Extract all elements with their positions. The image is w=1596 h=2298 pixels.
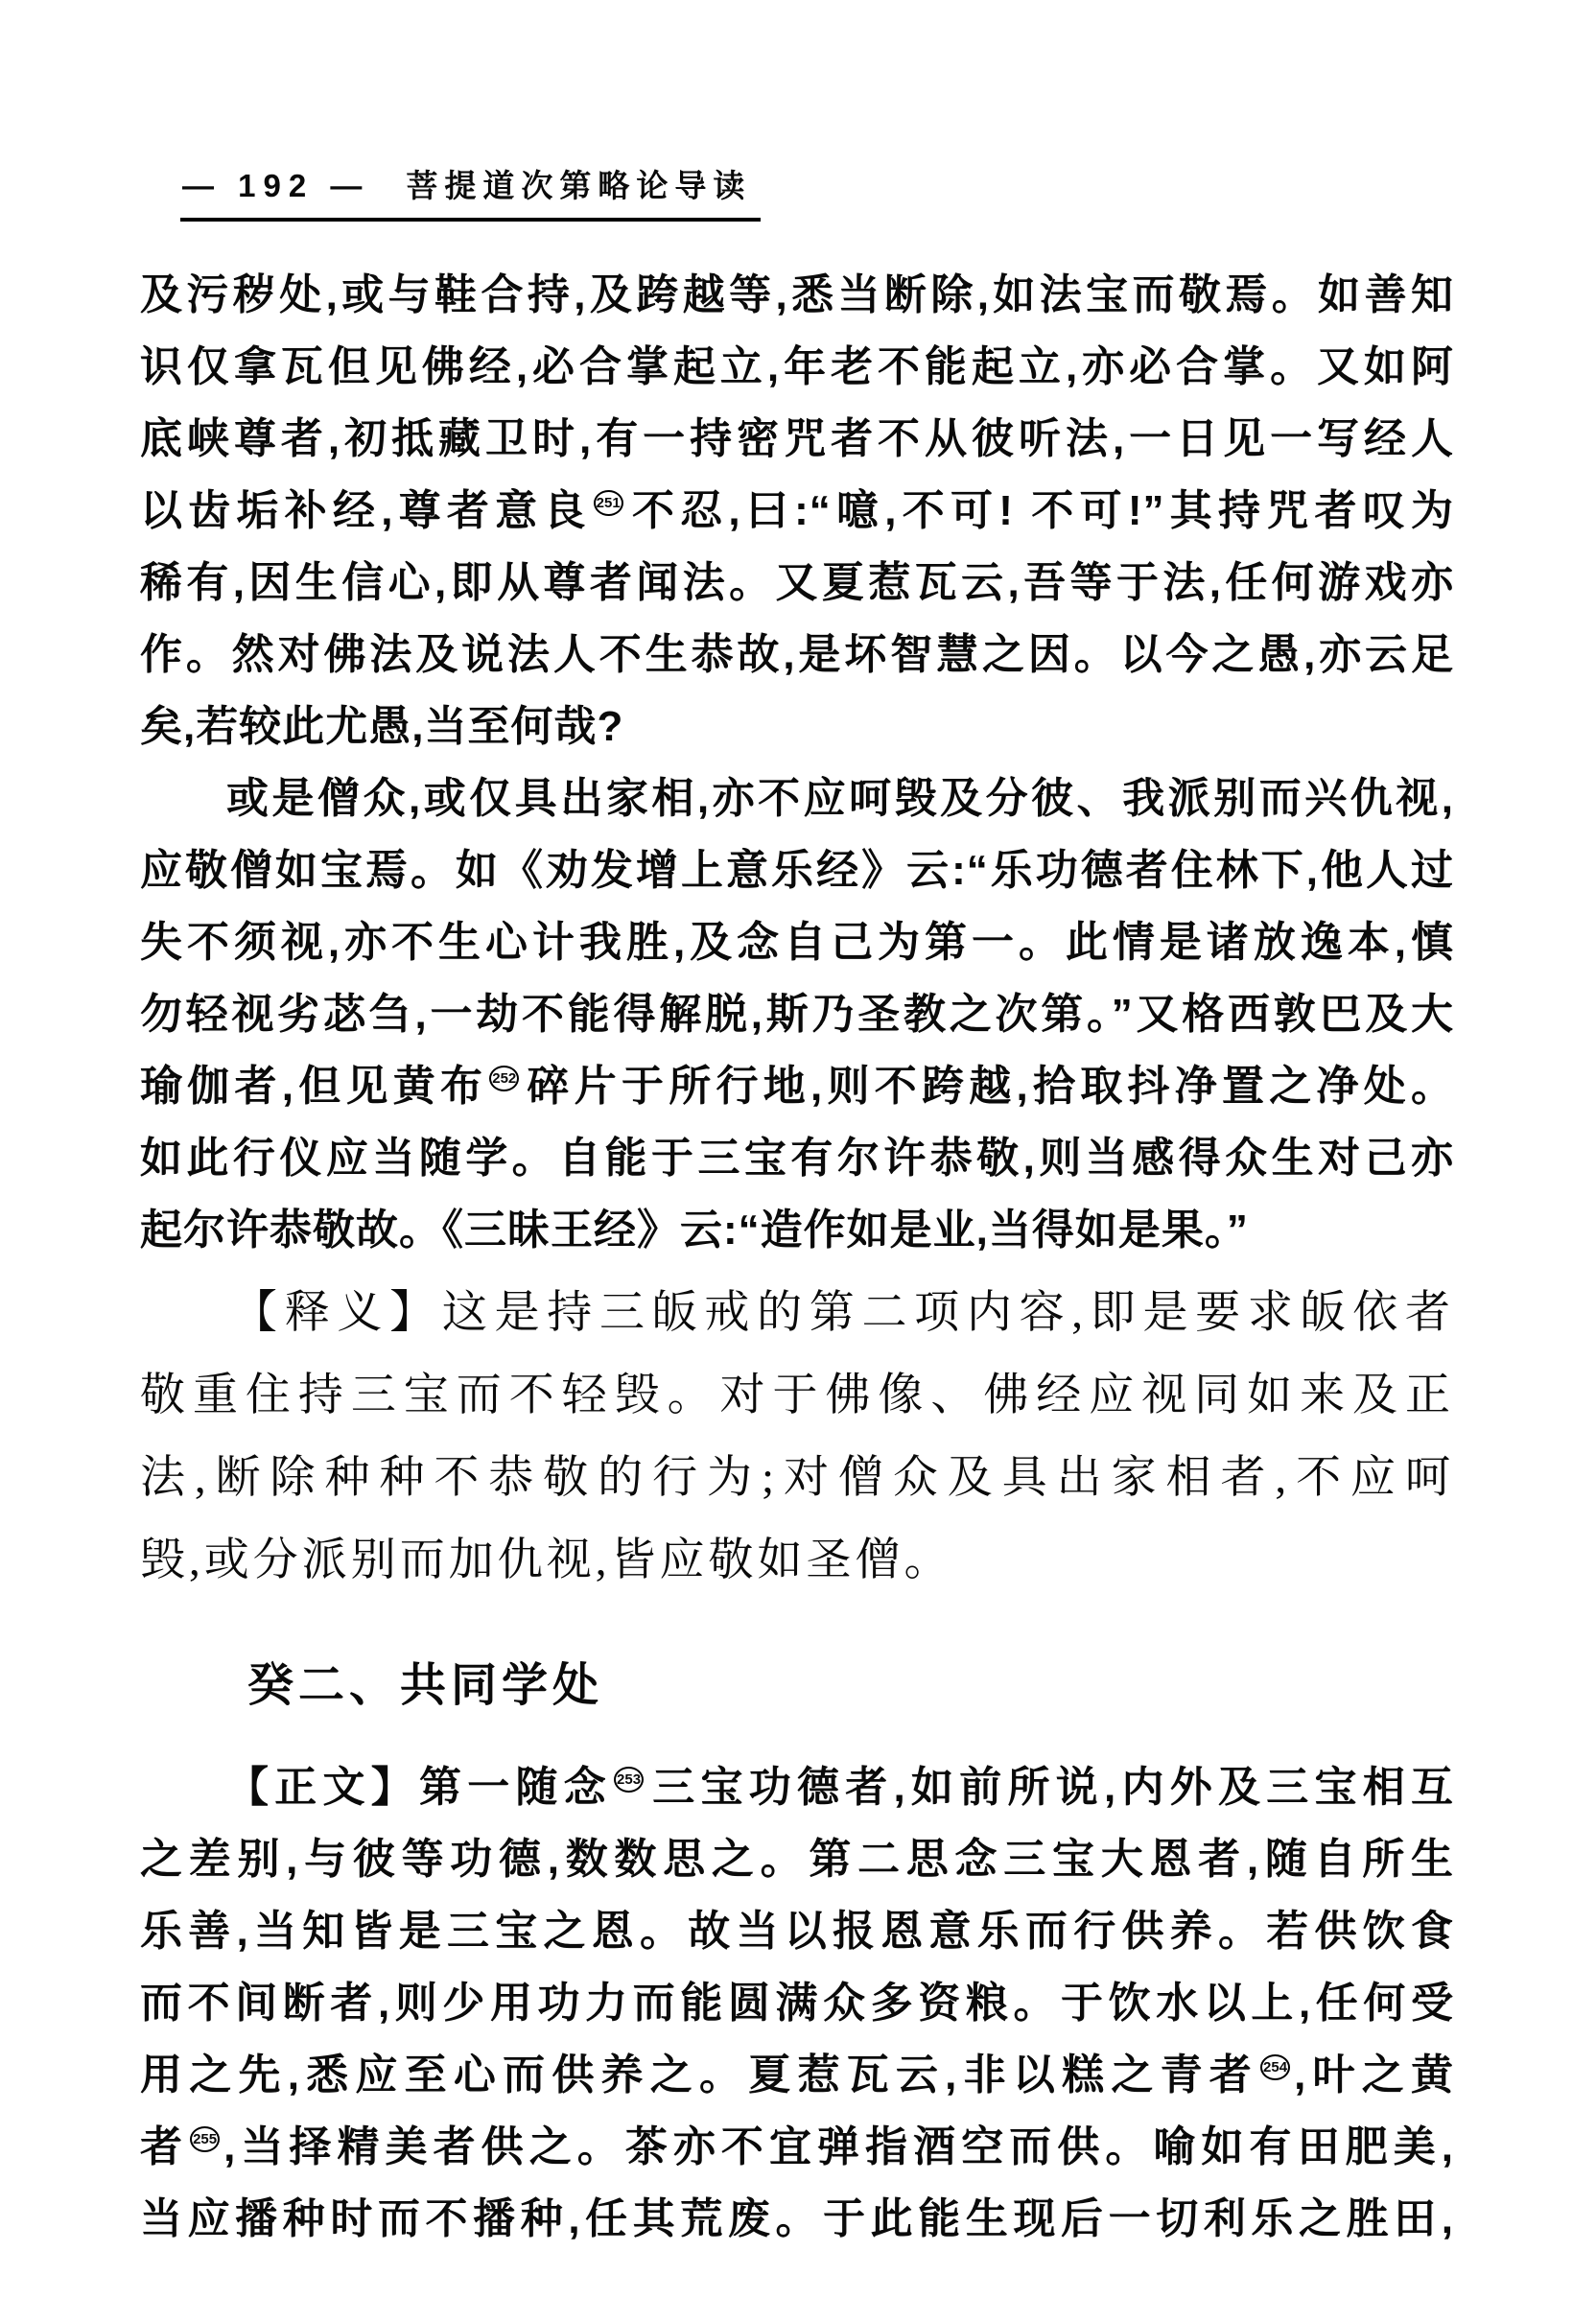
text-line: 毁,或分派别而加仇视,皆应敬如圣僧。	[140, 1519, 1454, 1602]
text-line: 或是僧众,或仅具出家相,亦不应呵毁及分彼、我派别而兴仇视,	[140, 762, 1454, 834]
text-run: 敬重住持三宝而不轻毁。对于佛像、佛经应视同如来及正	[140, 1371, 1454, 1420]
text-run: 三宝功德者,如前所说,内外及三宝相互	[647, 1764, 1454, 1811]
text-line: 应敬僧如宝焉。如《劝发增上意乐经》云:“乐功德者住林下,他人过	[140, 834, 1454, 906]
section-heading: 癸二、共同学处	[247, 1657, 1454, 1715]
text-run: 识仅拿瓦但见佛经,必合掌起立,年老不能起立,亦必合掌。又如阿	[140, 343, 1454, 390]
text-line: 者255,当择精美者供之。茶亦不宜弹指酒空而供。喻如有田肥美,	[140, 2111, 1454, 2183]
text-line: 识仅拿瓦但见佛经,必合掌起立,年老不能起立,亦必合掌。又如阿	[140, 331, 1454, 403]
text-run: 毁,或分派别而加仇视,皆应敬如圣僧。	[140, 1536, 953, 1585]
text-run: 法,断除种种不恭敬的行为;对僧众及具出家相者,不应呵	[140, 1453, 1454, 1503]
text-line: 矣,若较此尤愚,当至何哉?	[140, 691, 1454, 762]
text-run: 不忍,曰:“噫,不可! 不可!”其持咒者叹为	[627, 487, 1454, 534]
text-run: 失不须视,亦不生心计我胜,及念自己为第一。此情是诸放逸本,慎	[140, 919, 1454, 966]
text-run: 【释义】这是持三皈戒的第二项内容,即是要求皈依者	[232, 1288, 1454, 1338]
text-run: 乐善,当知皆是三宝之恩。故当以报恩意乐而行供养。若供饮食	[140, 1908, 1454, 1955]
text-run: ,当择精美者供之。茶亦不宜弹指酒空而供。喻如有田肥美,	[223, 2123, 1454, 2170]
text-line: 瑜伽者,但见黄布252碎片于所行地,则不跨越,拾取抖净置之净处。	[140, 1050, 1454, 1122]
text-run: 者	[140, 2123, 188, 2170]
text-run: 【正文】第一随念	[226, 1764, 612, 1811]
footnote-ref: 251	[594, 490, 623, 516]
text-run: 及污秽处,或与鞋合持,及跨越等,悉当断除,如法宝而敬焉。如善知	[140, 271, 1454, 318]
paragraph: 或是僧众,或仅具出家相,亦不应呵毁及分彼、我派别而兴仇视,应敬僧如宝焉。如《劝发…	[140, 762, 1454, 1266]
text-line: 乐善,当知皆是三宝之恩。故当以报恩意乐而行供养。若供饮食	[140, 1895, 1454, 1967]
footnote-ref: 254	[1260, 2054, 1290, 2080]
text-line: 当应播种时而不播种,任其荒废。于此能生现后一切利乐之胜田,	[140, 2183, 1454, 2255]
running-header: — 192 —菩提道次第略论导读	[180, 161, 761, 222]
text-run: 矣,若较此尤愚,当至何哉?	[140, 703, 623, 750]
text-line: 而不间断者,则少用功力而能圆满众多资粮。于饮水以上,任何受	[140, 1967, 1454, 2039]
text-run: 如此行仪应当随学。自能于三宝有尔许恭敬,则当感得众生对己亦	[140, 1135, 1454, 1182]
text-run: 作。然对佛法及说法人不生恭故,是坏智慧之因。以今之愚,亦云足	[140, 631, 1454, 678]
text-run: 勿轻视劣苾刍,一劫不能得解脱,斯乃圣教之次第。”又格西敦巴及大	[140, 991, 1454, 1038]
text-line: 勿轻视劣苾刍,一劫不能得解脱,斯乃圣教之次第。”又格西敦巴及大	[140, 978, 1454, 1050]
text-line: 【正文】第一随念253三宝功德者,如前所说,内外及三宝相互	[140, 1751, 1454, 1823]
page-number: — 192 —	[182, 168, 369, 203]
footnote-ref: 252	[489, 1066, 519, 1091]
book-page-scan: — 192 —菩提道次第略论导读 及污秽处,或与鞋合持,及跨越等,悉当断除,如法…	[0, 0, 1596, 2298]
footnote-ref: 255	[190, 2126, 220, 2152]
text-run: 稀有,因生信心,即从尊者闻法。又夏惹瓦云,吾等于法,任何游戏亦	[140, 559, 1454, 606]
text-line: 失不须视,亦不生心计我胜,及念自己为第一。此情是诸放逸本,慎	[140, 906, 1454, 978]
text-run: 应敬僧如宝焉。如《劝发增上意乐经》云:“乐功德者住林下,他人过	[140, 847, 1454, 894]
paragraph: 【释义】这是持三皈戒的第二项内容,即是要求皈依者敬重住持三宝而不轻毁。对于佛像、…	[140, 1272, 1454, 1602]
paragraph: 及污秽处,或与鞋合持,及跨越等,悉当断除,如法宝而敬焉。如善知识仅拿瓦但见佛经,…	[140, 259, 1454, 762]
text-line: 稀有,因生信心,即从尊者闻法。又夏惹瓦云,吾等于法,任何游戏亦	[140, 547, 1454, 619]
text-run: 起尔许恭敬故。《三昧王经》云:“造作如是业,当得如是果。”	[140, 1207, 1249, 1254]
text-line: 【释义】这是持三皈戒的第二项内容,即是要求皈依者	[140, 1272, 1454, 1354]
text-run: 而不间断者,则少用功力而能圆满众多资粮。于饮水以上,任何受	[140, 1980, 1454, 2027]
paragraph: 【正文】第一随念253三宝功德者,如前所说,内外及三宝相互之差别,与彼等功德,数…	[140, 1751, 1454, 2255]
text-line: 以齿垢补经,尊者意良251不忍,曰:“噫,不可! 不可!”其持咒者叹为	[140, 475, 1454, 547]
text-run: 或是僧众,或仅具出家相,亦不应呵毁及分彼、我派别而兴仇视,	[226, 775, 1454, 822]
text-line: 法,断除种种不恭敬的行为;对僧众及具出家相者,不应呵	[140, 1437, 1454, 1519]
text-run: 以齿垢补经,尊者意良	[140, 487, 592, 534]
book-title: 菩提道次第略论导读	[406, 168, 751, 203]
text-line: 敬重住持三宝而不轻毁。对于佛像、佛经应视同如来及正	[140, 1354, 1454, 1437]
text-column: 及污秽处,或与鞋合持,及跨越等,悉当断除,如法宝而敬焉。如善知识仅拿瓦但见佛经,…	[140, 259, 1454, 2255]
text-line: 起尔许恭敬故。《三昧王经》云:“造作如是业,当得如是果。”	[140, 1194, 1454, 1266]
text-run: 碎片于所行地,则不跨越,拾取抖净置之净处。	[523, 1063, 1454, 1110]
text-run: 底峡尊者,初抵藏卫时,有一持密咒者不从彼听法,一日见一写经人	[140, 415, 1454, 462]
text-line: 之差别,与彼等功德,数数思之。第二思念三宝大恩者,随自所生	[140, 1823, 1454, 1895]
text-run: 瑜伽者,但见黄布	[140, 1063, 487, 1110]
text-line: 底峡尊者,初抵藏卫时,有一持密咒者不从彼听法,一日见一写经人	[140, 403, 1454, 475]
text-line: 作。然对佛法及说法人不生恭故,是坏智慧之因。以今之愚,亦云足	[140, 619, 1454, 691]
text-run: ,叶之黄	[1294, 2052, 1454, 2099]
footnote-ref: 253	[614, 1767, 644, 1793]
text-run: 当应播种时而不播种,任其荒废。于此能生现后一切利乐之胜田,	[140, 2195, 1454, 2242]
text-line: 及污秽处,或与鞋合持,及跨越等,悉当断除,如法宝而敬焉。如善知	[140, 259, 1454, 331]
text-line: 用之先,悉应至心而供养之。夏惹瓦云,非以糕之青者254,叶之黄	[140, 2039, 1454, 2111]
text-run: 用之先,悉应至心而供养之。夏惹瓦云,非以糕之青者	[140, 2052, 1258, 2099]
text-line: 如此行仪应当随学。自能于三宝有尔许恭敬,则当感得众生对己亦	[140, 1122, 1454, 1194]
text-run: 之差别,与彼等功德,数数思之。第二思念三宝大恩者,随自所生	[140, 1836, 1454, 1883]
